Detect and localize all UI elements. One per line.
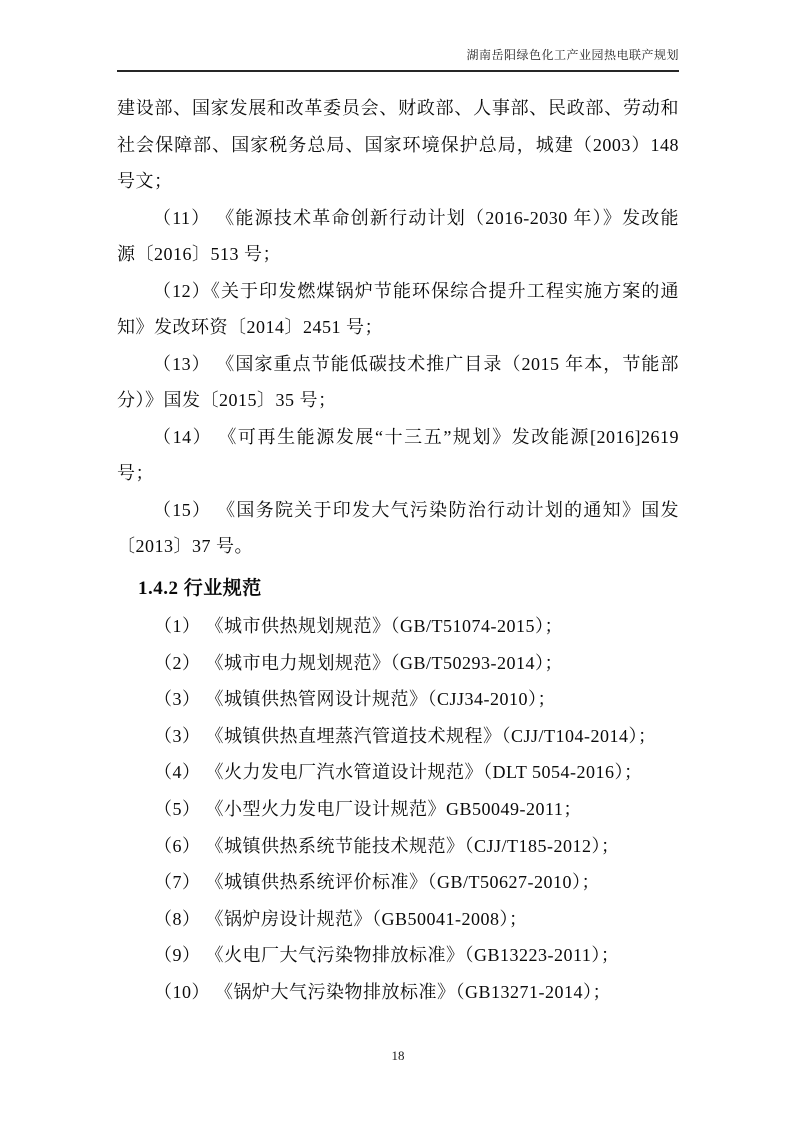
paragraph-line: 建设部、国家发展和改革委员会、财政部、人事部、民政部、劳动和 bbox=[117, 90, 679, 127]
standard-item: （10） 《锅炉大气污染物排放标准》（GB13271-2014）； bbox=[117, 974, 679, 1011]
paragraph-line: （13） 《国家重点节能低碳技术推广目录（2015 年本，节能部 bbox=[117, 346, 679, 383]
paragraph-line: （11） 《能源技术革命创新行动计划（2016-2030 年）》发改能 bbox=[117, 200, 679, 237]
paragraph-line: 号； bbox=[117, 455, 679, 492]
paragraph: （13） 《国家重点节能低碳技术推广目录（2015 年本，节能部 分）》国发〔2… bbox=[117, 346, 679, 419]
standard-item: （1） 《城市供热规划规范》（GB/T51074-2015）； bbox=[117, 608, 679, 645]
standard-item: （6） 《城镇供热系统节能技术规范》（CJJ/T185-2012）； bbox=[117, 828, 679, 865]
paragraph-line: 号文； bbox=[117, 163, 679, 200]
header-divider-rule bbox=[117, 70, 679, 72]
standards-list: （1） 《城市供热规划规范》（GB/T51074-2015）； （2） 《城市电… bbox=[117, 608, 679, 1011]
paragraph-line: 〔2013〕37 号。 bbox=[117, 528, 679, 565]
running-header-title: 湖南岳阳绿色化工产业园热电联产规划 bbox=[117, 47, 679, 63]
standard-item: （7） 《城镇供热系统评价标准》（GB/T50627-2010）； bbox=[117, 864, 679, 901]
standard-item: （4） 《火力发电厂汽水管道设计规范》（DLT 5054-2016）； bbox=[117, 754, 679, 791]
paragraph: （15） 《国务院关于印发大气污染防治行动计划的通知》国发 〔2013〕37 号… bbox=[117, 492, 679, 565]
paragraph: （11） 《能源技术革命创新行动计划（2016-2030 年）》发改能 源〔20… bbox=[117, 200, 679, 273]
standard-item: （3） 《城镇供热直埋蒸汽管道技术规程》（CJJ/T104-2014）； bbox=[117, 718, 679, 755]
standard-item: （5） 《小型火力发电厂设计规范》GB50049-2011； bbox=[117, 791, 679, 828]
standard-item: （9） 《火电厂大气污染物排放标准》（GB13223-2011）； bbox=[117, 937, 679, 974]
paragraph-line: 源〔2016〕513 号； bbox=[117, 236, 679, 273]
paragraph-line: 分）》国发〔2015〕35 号； bbox=[117, 382, 679, 419]
page-number: 18 bbox=[117, 1048, 679, 1064]
standard-item: （2） 《城市电力规划规范》（GB/T50293-2014）； bbox=[117, 645, 679, 682]
standard-item: （8） 《锅炉房设计规范》（GB50041-2008）； bbox=[117, 901, 679, 938]
paragraph-line: 知》发改环资〔2014〕2451 号； bbox=[117, 309, 679, 346]
paragraph-line: 社会保障部、国家税务总局、国家环境保护总局，城建（2003）148 bbox=[117, 127, 679, 164]
standard-item: （3） 《城镇供热管网设计规范》（CJJ34-2010）； bbox=[117, 681, 679, 718]
paragraph: （14） 《可再生能源发展“十三五”规划》发改能源[2016]2619 号； bbox=[117, 419, 679, 492]
paragraph-line: （15） 《国务院关于印发大气污染防治行动计划的通知》国发 bbox=[117, 492, 679, 529]
paragraph-line: （14） 《可再生能源发展“十三五”规划》发改能源[2016]2619 bbox=[117, 419, 679, 456]
section-heading: 1.4.2 行业规范 bbox=[117, 571, 679, 608]
paragraph: （12）《关于印发燃煤锅炉节能环保综合提升工程实施方案的通 知》发改环资〔201… bbox=[117, 273, 679, 346]
paragraph: 建设部、国家发展和改革委员会、财政部、人事部、民政部、劳动和 社会保障部、国家税… bbox=[117, 90, 679, 200]
document-page: 湖南岳阳绿色化工产业园热电联产规划 建设部、国家发展和改革委员会、财政部、人事部… bbox=[0, 0, 793, 1122]
document-body: 建设部、国家发展和改革委员会、财政部、人事部、民政部、劳动和 社会保障部、国家税… bbox=[117, 90, 679, 1011]
paragraph-line: （12）《关于印发燃煤锅炉节能环保综合提升工程实施方案的通 bbox=[117, 273, 679, 310]
